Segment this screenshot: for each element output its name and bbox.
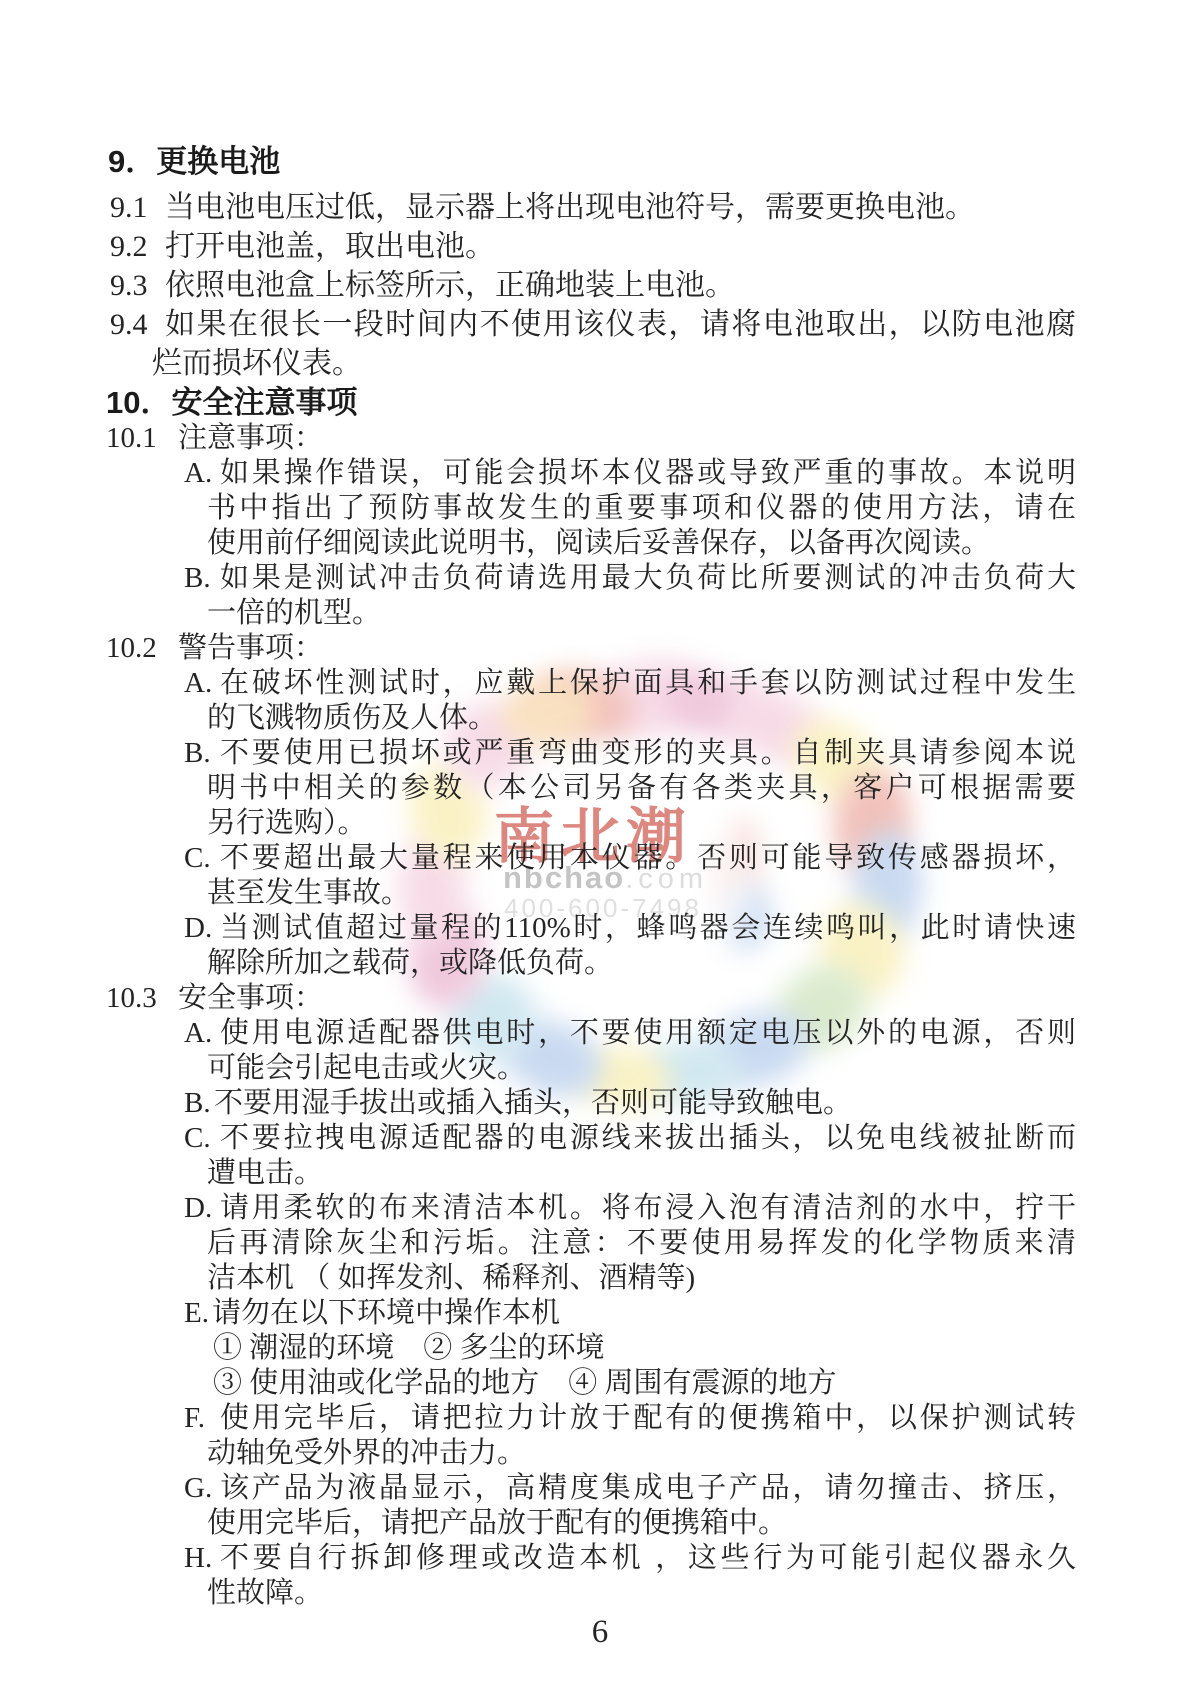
item-10-3-F-label: F. (184, 1400, 205, 1436)
item-9-4-line2: 烂而损坏仪表。 (152, 344, 362, 384)
item-10-3-D-line3: 洁本机 （ 如挥发剂、稀释剂、酒精等) (207, 1260, 695, 1296)
item-9-1-text: 当电池电压过低，显示器上将出现电池符号，需要更换电池。 (165, 191, 975, 224)
item-9-3-text: 依照电池盒上标签所示，正确地装上电池。 (165, 269, 735, 302)
document-page: 南北潮 nbchao.com 400-600-7498 9．更换电池 9.1当电… (0, 0, 1200, 1696)
item-10-1-A-line1: 如果操作错误，可能会损坏本仪器或导致严重的事故。本说明 (220, 455, 1076, 491)
item-10-2-C-line1: 不要超出最大量程来使用本仪器。否则可能导致传感器损坏， (220, 840, 1076, 876)
item-10-2-D-line1: 当测试值超过量程的110%时，蜂鸣器会连续鸣叫，此时请快速 (220, 910, 1076, 946)
item-10-1-B-line2: 一倍的机型。 (207, 595, 381, 631)
item-10-3-G-line1: 该产品为液晶显示，高精度集成电子产品，请勿撞击、挤压， (220, 1470, 1076, 1506)
item-10-3-G-label: G. (184, 1470, 212, 1506)
item-10-2-B-line1: 不要使用已损坏或严重弯曲变形的夹具。自制夹具请参阅本说 (220, 735, 1076, 771)
item-10-2-C-label: C. (184, 840, 211, 876)
item-10-3-B-line1: 不要用湿手拔出或插入插头，否则可能导致触电。 (214, 1085, 852, 1121)
subsection-10-3: 10.3安全事项： (106, 980, 323, 1016)
item-10-3-E-line2: ① 潮湿的环境 ② 多尘的环境 (213, 1330, 605, 1366)
item-10-1-A-label: A. (184, 455, 212, 491)
item-10-3-H-label: H. (184, 1540, 212, 1576)
item-10-3-D-label: D. (184, 1190, 212, 1226)
item-10-2-B-line3: 另行选购）。 (207, 805, 367, 841)
item-9-4-number: 9.4 (110, 305, 148, 345)
item-10-2-A-line1: 在破坏性测试时，应戴上保护面具和手套以防测试过程中发生 (220, 665, 1076, 701)
item-9-4-line1: 如果在很长一段时间内不使用该仪表，请将电池取出，以防电池腐 (165, 305, 1076, 345)
item-9-1-number: 9.1 (110, 188, 165, 228)
item-10-3-C-line2: 遭电击。 (207, 1155, 323, 1191)
item-10-3-D-line2: 后再清除灰尘和污垢。注意：不要使用易挥发的化学物质来清 (207, 1225, 1076, 1261)
item-10-3-B-label: B. (184, 1085, 211, 1121)
subsection-10-2-title: 警告事项： (178, 632, 323, 664)
item-10-2-C-line2: 甚至发生事故。 (207, 875, 410, 911)
subsection-10-1: 10.1注意事项： (106, 420, 323, 456)
page-number: 6 (0, 1612, 1200, 1652)
subsection-10-2-number: 10.2 (106, 630, 178, 666)
item-10-3-C-label: C. (184, 1120, 211, 1156)
subsection-10-3-number: 10.3 (106, 980, 178, 1016)
item-10-3-A-line1: 使用电源适配器供电时，不要使用额定电压以外的电源，否则 (220, 1015, 1076, 1051)
subsection-10-3-title: 安全事项： (178, 982, 323, 1014)
item-10-1-B-label: B. (184, 560, 211, 596)
item-9-1: 9.1当电池电压过低，显示器上将出现电池符号，需要更换电池。 (110, 188, 975, 228)
item-10-3-F-line1: 使用完毕后，请把拉力计放于配有的便携箱中，以保护测试转 (220, 1400, 1076, 1436)
item-10-1-A-line2: 书中指出了预防事故发生的重要事项和仪器的使用方法，请在 (207, 490, 1076, 526)
watermark-paint-blob (806, 891, 918, 1010)
item-10-3-A-line2: 可能会引起电击或火灾。 (207, 1050, 526, 1086)
item-10-3-F-line2: 动轴免受外界的冲击力。 (207, 1435, 526, 1471)
item-10-3-E-line3: ③ 使用油或化学品的地方 ④ 周围有震源的地方 (213, 1365, 837, 1401)
section9-heading: 9．更换电池 (108, 142, 280, 182)
item-10-2-A-line2: 的飞溅物质伤及人体。 (207, 700, 497, 736)
section10-heading: 10．安全注意事项 (106, 383, 357, 423)
item-9-2: 9.2打开电池盖，取出电池。 (110, 227, 495, 267)
item-10-1-A-line3: 使用前仔细阅读此说明书，阅读后妥善保存，以备再次阅读。 (207, 525, 990, 561)
item-10-3-G-line2: 使用完毕后，请把产品放于配有的便携箱中。 (207, 1505, 787, 1541)
item-10-3-D-line1: 请用柔软的布来清洁本机。将布浸入泡有清洁剂的水中，拧干 (220, 1190, 1076, 1226)
item-10-3-H-line1: 不要自行拆卸修理或改造本机 ，这些行为可能引起仪器永久 (220, 1540, 1076, 1576)
subsection-10-2: 10.2警告事项： (106, 630, 323, 666)
subsection-10-1-number: 10.1 (106, 420, 178, 456)
item-9-3: 9.3依照电池盒上标签所示，正确地装上电池。 (110, 266, 735, 306)
item-9-3-number: 9.3 (110, 266, 165, 306)
item-10-1-B-line1: 如果是测试冲击负荷请选用最大负荷比所要测试的冲击负荷大 (220, 560, 1076, 596)
item-9-2-text: 打开电池盖，取出电池。 (165, 230, 495, 263)
item-10-2-A-label: A. (184, 665, 212, 701)
item-10-3-C-line1: 不要拉拽电源适配器的电源线来拔出插头，以免电线被扯断而 (220, 1120, 1076, 1156)
item-10-2-D-line2: 解除所加之载荷，或降低负荷。 (207, 945, 613, 981)
item-10-2-D-label: D. (184, 910, 212, 946)
item-9-2-number: 9.2 (110, 227, 165, 267)
item-10-3-E-label: E. (184, 1295, 209, 1331)
subsection-10-1-title: 注意事项： (178, 422, 323, 454)
item-10-2-B-label: B. (184, 735, 211, 771)
item-10-2-B-line2: 明书中相关的参数（本公司另备有各类夹具，客户可根据需要 (207, 770, 1076, 806)
item-10-3-E-line1: 请勿在以下环境中操作本机 (212, 1295, 560, 1331)
item-10-3-H-line2: 性故障。 (207, 1575, 323, 1611)
item-10-3-A-label: A. (184, 1015, 212, 1051)
